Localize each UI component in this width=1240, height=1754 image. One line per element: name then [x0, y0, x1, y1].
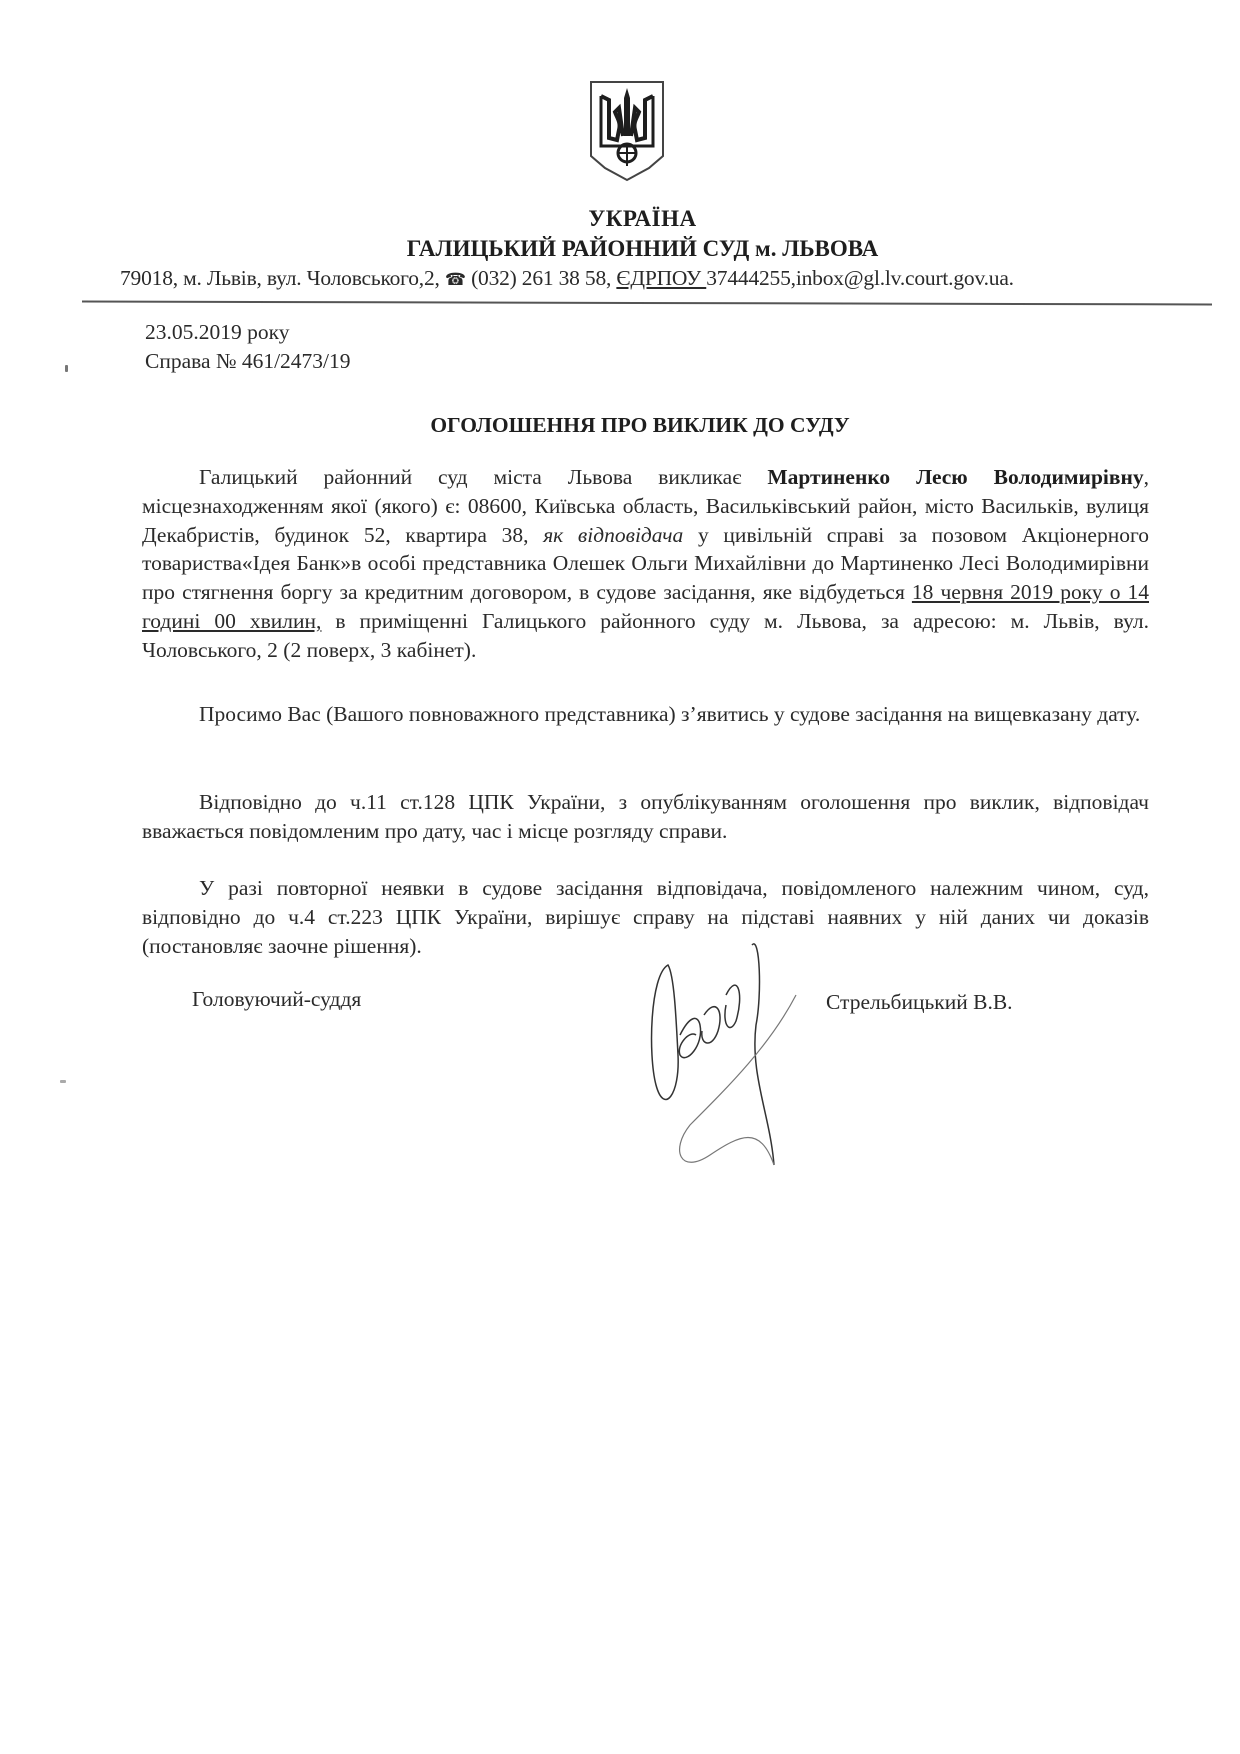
text: Галицький районний суд міста Львова викл… [199, 465, 767, 489]
paragraph-text: Просимо Вас (Вашого повноважного предста… [142, 700, 1149, 729]
court-email: inbox@gl.lv.court.gov.ua. [796, 266, 1014, 290]
summons-paragraph: Галицький районний суд міста Львова викл… [142, 463, 1149, 665]
coat-of-arms-icon [587, 78, 667, 182]
court-heading: ГАЛИЦЬКИЙ РАЙОННИЙ СУД м. ЛЬВОВА [0, 236, 1240, 262]
court-contact-line: 79018, м. Львів, вул. Чоловського,2, ☎ (… [120, 266, 1014, 291]
appearance-request-paragraph: Просимо Вас (Вашого повноважного предста… [142, 700, 1149, 729]
header-divider [82, 301, 1212, 306]
defendant-name: Мартиненко Лесю Володимирівну [767, 465, 1143, 489]
scan-artifact [60, 1080, 66, 1083]
court-phone: (032) 261 38 58, [471, 266, 611, 290]
country-heading: УКРАЇНА [0, 206, 1240, 232]
phone-icon: ☎ [445, 270, 466, 289]
document-date: 23.05.2019 року [145, 320, 290, 345]
paragraph-text: Відповідно до ч.11 ст.128 ЦПК України, з… [142, 788, 1149, 846]
notification-paragraph: Відповідно до ч.11 ст.128 ЦПК України, з… [142, 788, 1149, 846]
document-title: ОГОЛОШЕННЯ ПРО ВИКЛИК ДО СУДУ [0, 413, 1240, 438]
handwritten-signature [620, 935, 840, 1175]
court-summons-document: УКРАЇНА ГАЛИЦЬКИЙ РАЙОННИЙ СУД м. ЛЬВОВА… [0, 0, 1240, 1754]
judge-name: Стрельбицький В.В. [826, 990, 1013, 1015]
party-role: як відповідача [543, 523, 683, 547]
scan-artifact [65, 365, 68, 372]
court-address: 79018, м. Львів, вул. Чоловського,2, [120, 266, 440, 290]
edrpou-value: 37444255, [706, 266, 796, 290]
judge-role: Головуючий-суддя [192, 987, 361, 1012]
edrpou-label: ЄДРПОУ [616, 266, 706, 290]
case-number: Справа № 461/2473/19 [145, 349, 351, 374]
